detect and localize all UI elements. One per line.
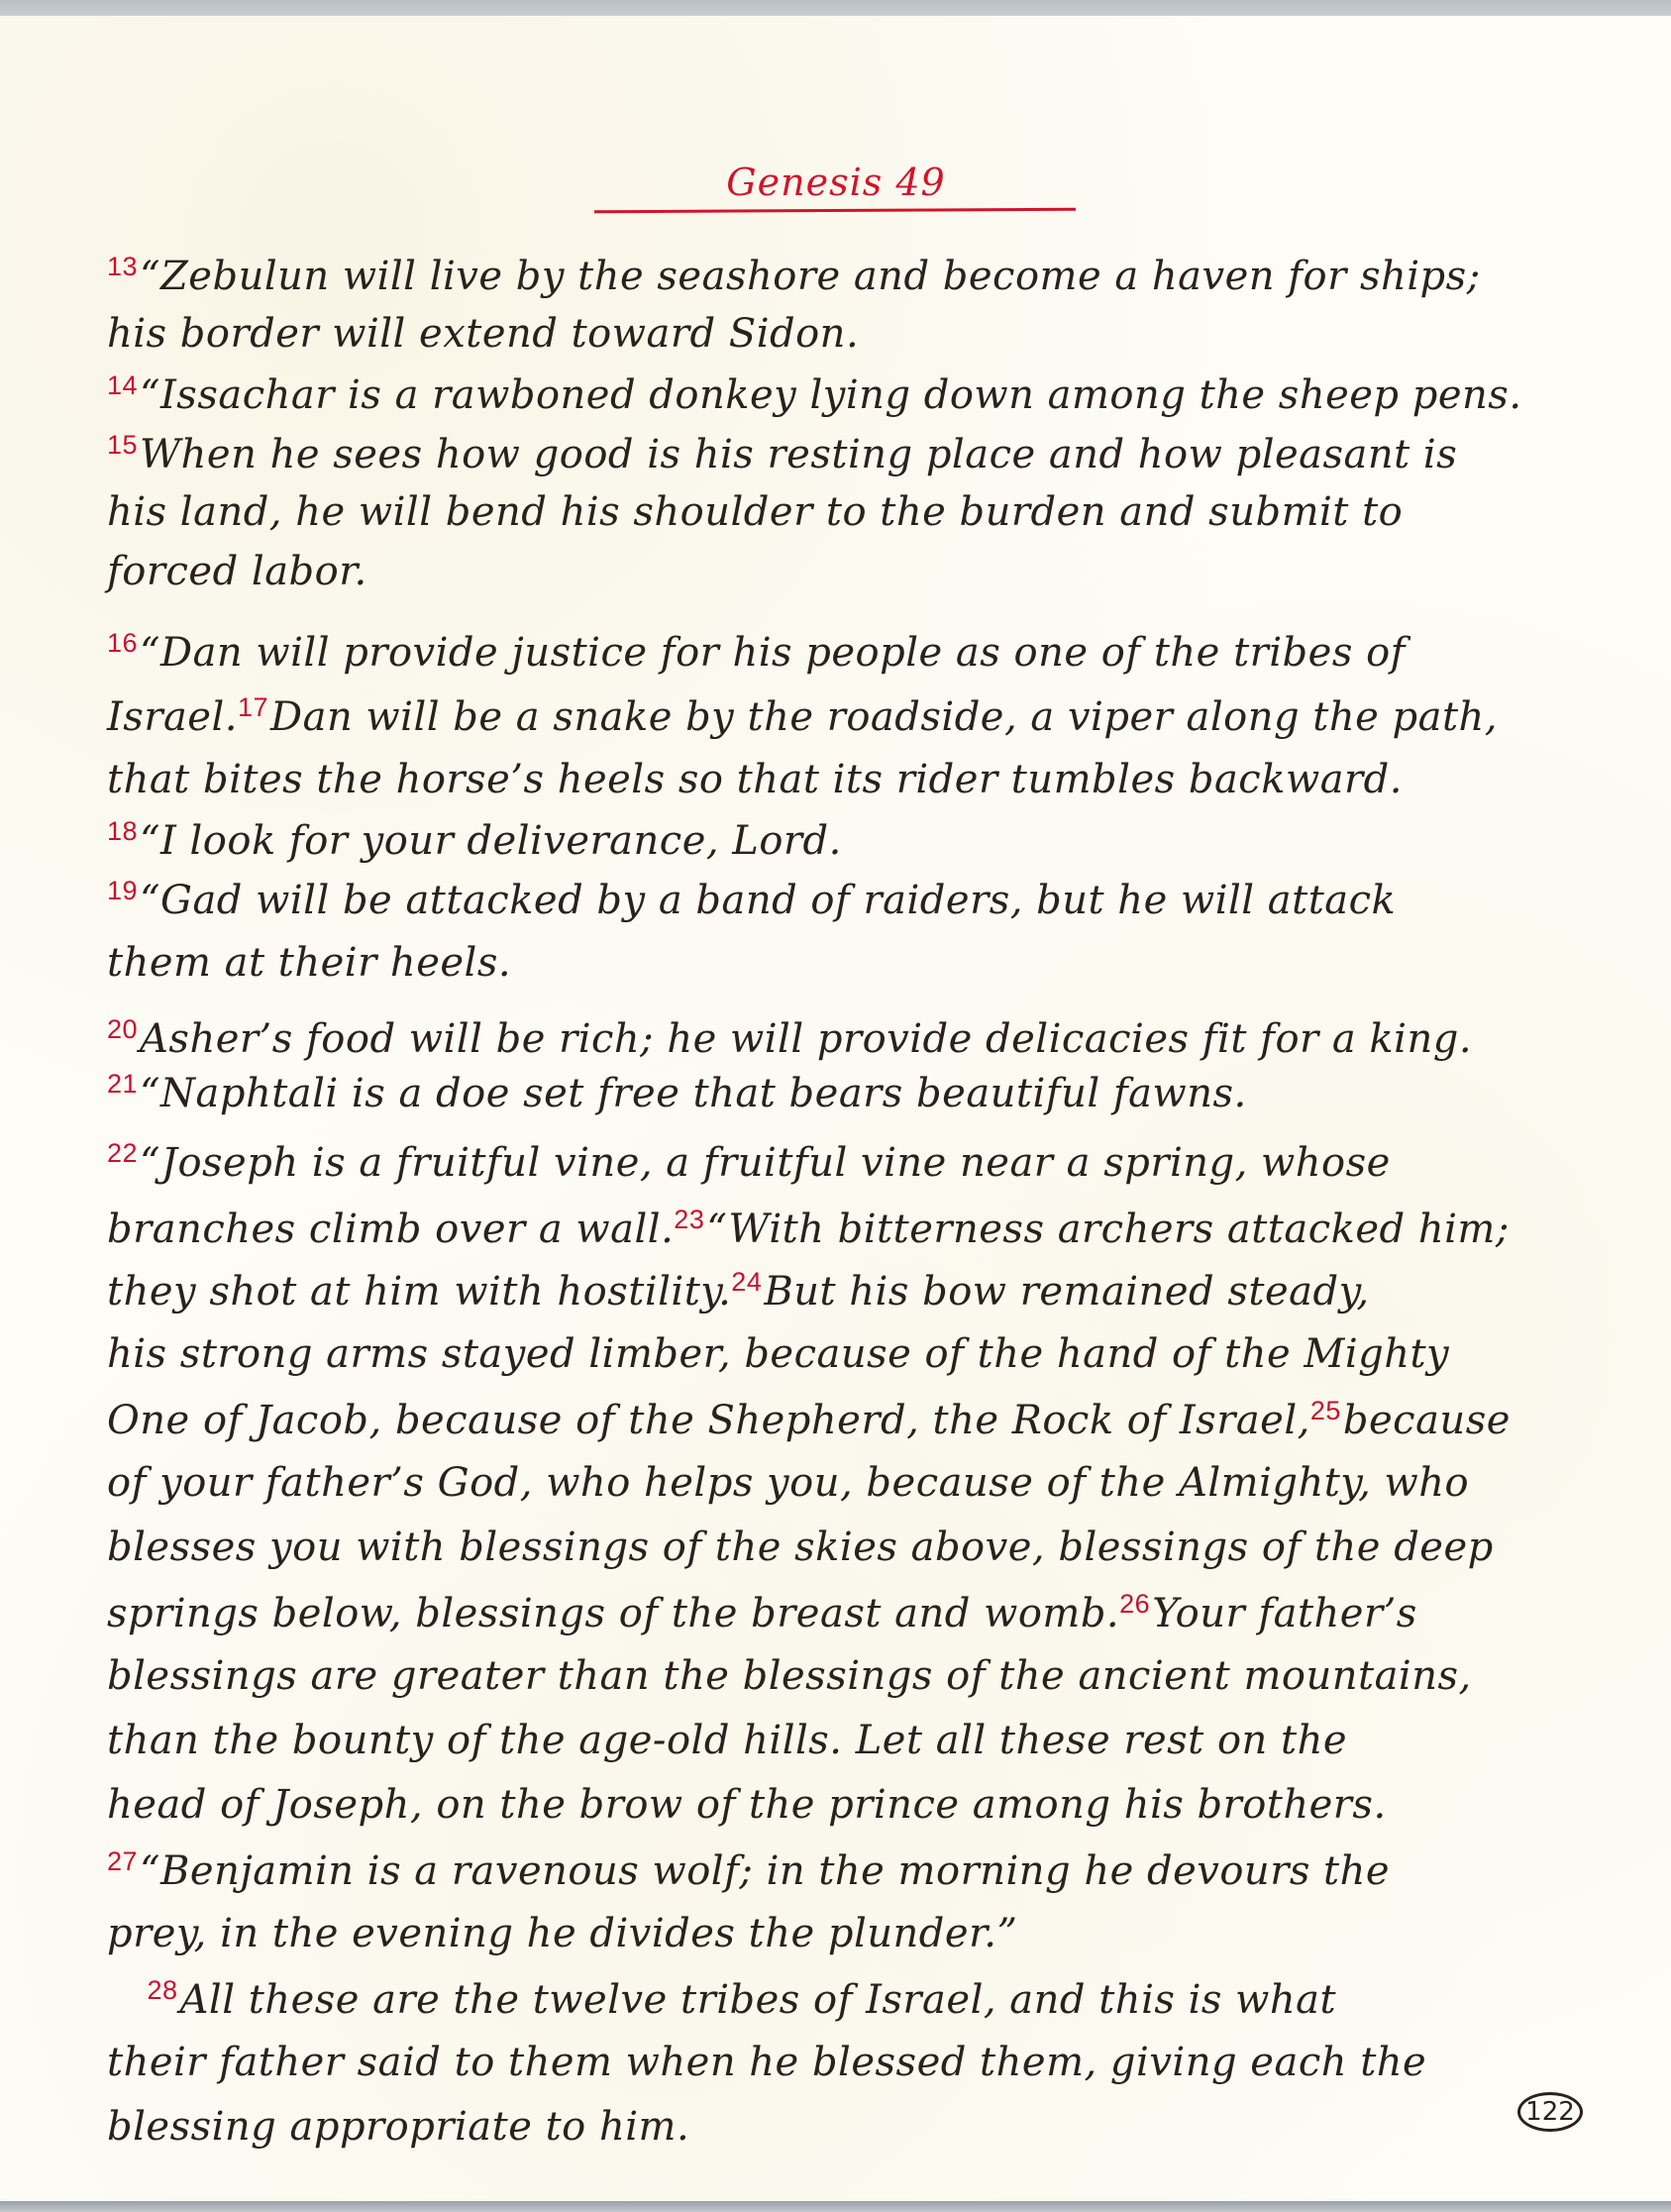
text-line: blesses you with blessings of the skies … [107,1525,1494,1570]
verse-number: 21 [107,1069,138,1099]
verse-text: But his bow remained steady, [764,1269,1369,1315]
text-line: 20Asher’s food will be rich; he will pro… [107,1014,1472,1062]
verse-text: Asher’s food will be rich; he will provi… [140,1016,1472,1062]
text-line: his strong arms stayed limber, because o… [107,1331,1449,1377]
verse-number: 13 [107,252,138,281]
text-line: 16“Dan will provide justice for his peop… [107,628,1406,676]
handwritten-page: Genesis 49 13“Zebulun will live by the s… [0,16,1671,2201]
verse-text: All these are the twelve tribes of Israe… [180,1977,1337,2023]
text-line: his border will extend toward Sidon. [107,311,859,357]
verse-text: his border will extend toward Sidon. [107,311,859,357]
verse-text: “Dan will provide justice for his people… [140,630,1406,676]
text-line: 13“Zebulun will live by the seashore and… [107,252,1481,299]
text-line: 18“I look for your deliverance, Lord. [107,816,842,864]
verse-number: 23 [674,1205,704,1234]
verse-text: his strong arms stayed limber, because o… [107,1331,1449,1377]
verse-text: “I look for your deliverance, Lord. [140,818,842,864]
verse-number: 24 [731,1267,762,1297]
text-line: 21“Naphtali is a doe set free that bears… [107,1069,1247,1116]
text-line: 15When he sees how good is his resting p… [107,430,1457,477]
text-line: 28All these are the twelve tribes of Isr… [107,1975,1336,2023]
verse-text: prey, in the evening he divides the plun… [107,1911,1017,1956]
verse-number: 19 [107,876,138,905]
title-underline [594,208,1076,214]
verse-text: “Naphtali is a doe set free that bears b… [140,1071,1247,1116]
verse-text [107,1977,148,2023]
verse-number: 26 [1119,1589,1150,1619]
verse-text: them at their heels. [107,940,511,986]
verse-number: 22 [107,1138,138,1168]
text-line: 22“Joseph is a fruitful vine, a fruitful… [107,1138,1391,1186]
text-line: them at their heels. [107,940,511,986]
text-line: 14“Issachar is a rawboned donkey lying d… [107,370,1522,418]
verse-text: forced labor. [107,549,367,594]
verse-text: than the bounty of the age-old hills. Le… [107,1718,1347,1763]
text-line: 19“Gad will be attacked by a band of rai… [107,876,1396,923]
verse-text: because [1343,1398,1511,1443]
verse-number: 20 [107,1014,138,1044]
page-number-circle: 122 [1517,2092,1583,2132]
page-title-wrap: Genesis 49 [594,160,1078,204]
verse-text: “Issachar is a rawboned donkey lying dow… [140,372,1521,418]
text-line: blessing appropriate to him. [107,2104,689,2150]
verse-number: 16 [107,628,138,658]
text-line: they shot at him with hostility.24But hi… [107,1267,1370,1315]
verse-number: 27 [107,1846,138,1876]
page-title: Genesis 49 [726,160,945,204]
verse-text: their father said to them when he blesse… [107,2040,1426,2085]
scan-top-edge [0,0,1671,16]
verse-text: branches climb over a wall. [107,1207,674,1252]
verse-text: “Zebulun will live by the seashore and b… [140,254,1481,299]
verse-text: of your father’s God, who helps you, bec… [107,1460,1469,1506]
text-line: of your father’s God, who helps you, bec… [107,1460,1469,1506]
verse-number: 25 [1310,1396,1341,1425]
text-line: branches climb over a wall.23“With bitte… [107,1205,1510,1252]
verse-text: Israel. [107,694,238,740]
verse-number: 17 [238,692,268,722]
verse-number: 28 [148,1975,178,2005]
verse-text: that bites the horse’s heels so that its… [107,757,1403,802]
verse-number: 14 [107,370,138,400]
text-line: Israel.17Dan will be a snake by the road… [107,692,1498,740]
text-line: springs below, blessings of the breast a… [107,1589,1417,1636]
text-line: his land, he will bend his shoulder to t… [107,489,1403,535]
verse-text: blessing appropriate to him. [107,2104,689,2150]
text-line: head of Joseph, on the brow of the princ… [107,1782,1387,1828]
verse-text: “Gad will be attacked by a band of raide… [140,878,1396,923]
text-line: 27“Benjamin is a ravenous wolf; in the m… [107,1846,1390,1894]
text-line: than the bounty of the age-old hills. Le… [107,1718,1347,1763]
verse-text: “Benjamin is a ravenous wolf; in the mor… [140,1848,1390,1894]
verse-text: When he sees how good is his resting pla… [140,432,1457,477]
verse-text: “With bitterness archers attacked him; [706,1207,1509,1252]
verse-text: springs below, blessings of the breast a… [107,1591,1119,1636]
verse-text: his land, he will bend his shoulder to t… [107,489,1403,535]
verse-number: 18 [107,816,138,846]
scan-bottom-edge [0,2201,1671,2212]
text-line: that bites the horse’s heels so that its… [107,757,1403,802]
verse-text: blesses you with blessings of the skies … [107,1525,1494,1570]
verse-number: 15 [107,430,138,460]
verse-text: head of Joseph, on the brow of the princ… [107,1782,1387,1828]
verse-text: One of Jacob, because of the Shepherd, t… [107,1398,1310,1443]
verse-text: Your father’s [1152,1591,1417,1636]
text-line: their father said to them when he blesse… [107,2040,1426,2085]
text-line: blessings are greater than the blessings… [107,1653,1472,1699]
verse-text: “Joseph is a fruitful vine, a fruitful v… [140,1140,1391,1186]
verse-text: they shot at him with hostility. [107,1269,731,1315]
text-line: One of Jacob, because of the Shepherd, t… [107,1396,1511,1443]
text-line: prey, in the evening he divides the plun… [107,1911,1017,1956]
page-number: 122 [1525,2097,1575,2127]
verse-text: blessings are greater than the blessings… [107,1653,1472,1699]
text-line: forced labor. [107,549,367,594]
verse-text: Dan will be a snake by the roadside, a v… [270,694,1498,740]
